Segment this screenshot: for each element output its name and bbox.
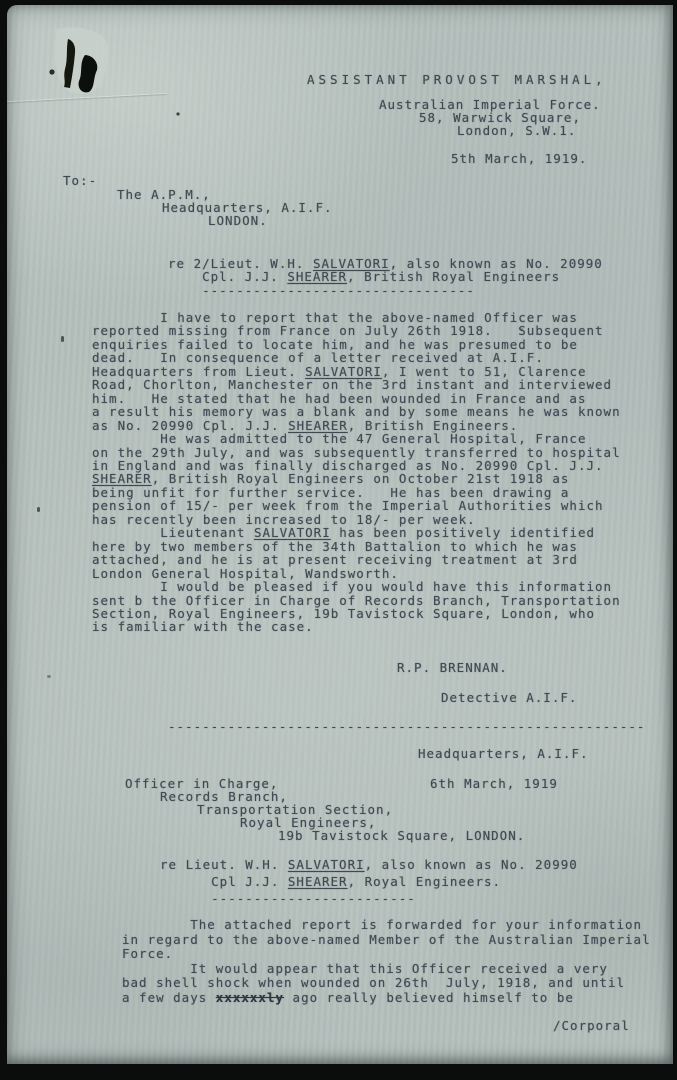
ink-speck — [37, 507, 40, 512]
text-line: Force. — [122, 947, 651, 962]
text-line: Lieutenant SALVATORI has been positively… — [92, 526, 621, 539]
forward-recipient-line: 19b Tavistock Square, LONDON. — [278, 829, 525, 842]
text-line: sent b the Officer in Charge of Records … — [92, 594, 621, 607]
letterhead-office: ASSISTANT PROVOST MARSHAL, — [307, 73, 607, 86]
text-line: bad shell shock when wounded on 26th Jul… — [122, 976, 651, 991]
text-line: in regard to the above-named Member of t… — [122, 933, 651, 948]
text-line: London General Hospital, Wandsworth. — [92, 567, 621, 580]
scan-background: ASSISTANT PROVOST MARSHAL, Australian Im… — [0, 0, 677, 1080]
text-line: I would be pleased if you would have thi… — [92, 580, 621, 593]
underlined-text: SALVATORI — [288, 857, 365, 872]
underlined-text: SHEARER — [288, 874, 348, 889]
text-line: him. He stated that he had been wounded … — [92, 392, 621, 405]
text-segment: ago really believed himself to be — [284, 990, 574, 1005]
text-line: in England and was finally discharged as… — [92, 459, 621, 472]
text-line: It would appear that this Officer receiv… — [122, 962, 651, 977]
signature-name: R.P. BRENNAN. — [397, 661, 508, 674]
text-line: re 2/Lieut. W.H. SALVATORI, also known a… — [168, 257, 603, 270]
paper: ASSISTANT PROVOST MARSHAL, Australian Im… — [7, 5, 673, 1064]
text-line: enquiries failed to locate him, and he w… — [92, 338, 621, 351]
text-line: Cpl. J.J. SHEARER, British Royal Enginee… — [168, 270, 603, 283]
text-line: Headquarters from Lieut. SALVATORI, I we… — [92, 365, 621, 378]
text-line: Cpl J.J. SHEARER, Royal Engineers. — [160, 873, 578, 890]
text-segment: has been positively identified — [331, 525, 595, 540]
section-separator: ----------------------------------------… — [168, 720, 645, 733]
continuation-mark: /Corporal — [553, 1019, 630, 1032]
text-line: being unfit for further service. He has … — [92, 486, 621, 499]
text-line: He was admitted to the 47 General Hospit… — [92, 432, 621, 445]
underlined-text: SALVATORI — [254, 525, 331, 540]
text-line: on the 29th July, and was subsequently t… — [92, 446, 621, 459]
text-segment: Lieutenant — [92, 525, 254, 540]
recipient-address-line: LONDON. — [208, 214, 268, 227]
text-line: here by two members of the 34th Battalio… — [92, 540, 621, 553]
text-line: pension of 15/- per week from the Imperi… — [92, 499, 621, 512]
text-line: SHEARER, British Royal Engineers on Octo… — [92, 472, 621, 485]
text-line: a few days xxxxxxly ago really believed … — [122, 991, 651, 1006]
signature-role: Detective A.I.F. — [441, 691, 577, 704]
paper-tear-hole — [35, 19, 185, 119]
letter-date: 5th March, 1919. — [451, 152, 587, 165]
struck-out-text: xxxxxxly — [216, 990, 284, 1005]
recipient-salutation: To:- — [63, 174, 97, 187]
forward-subject-block: re Lieut. W.H. SALVATORI, also known as … — [160, 856, 578, 908]
ink-speck — [61, 336, 64, 342]
text-segment: , also known as No. 20990 — [365, 857, 578, 872]
text-line: Section, Royal Engineers, 19b Tavistock … — [92, 607, 621, 620]
text-line: dead. In consequence of a letter receive… — [92, 351, 621, 364]
text-line: -------------------------------- — [168, 284, 603, 297]
letterhead-address-line: London, S.W.1. — [457, 124, 576, 137]
hq-heading: Headquarters, A.I.F. — [418, 747, 589, 760]
text-segment: re Lieut. W.H. — [160, 857, 288, 872]
text-line: has recently been increased to 18/- per … — [92, 513, 621, 526]
text-line: I have to report that the above-named Of… — [92, 311, 621, 324]
text-segment: , Royal Engineers. — [348, 874, 501, 889]
ink-speck — [47, 675, 51, 678]
subject-block: re 2/Lieut. W.H. SALVATORI, also known a… — [168, 257, 603, 297]
text-line: is familiar with the case. — [92, 620, 621, 633]
text-line: re Lieut. W.H. SALVATORI, also known as … — [160, 856, 578, 873]
text-line: The attached report is forwarded for you… — [122, 918, 651, 933]
text-line: Road, Chorlton, Manchester on the 3rd in… — [92, 378, 621, 391]
text-line: a result his memory was a blank and by s… — [92, 405, 621, 418]
text-line: ------------------------ — [160, 890, 578, 907]
text-line: reported missing from France on July 26t… — [92, 324, 621, 337]
text-segment: a few days — [122, 990, 216, 1005]
body-block: I have to report that the above-named Of… — [92, 311, 621, 634]
forward-body-block: The attached report is forwarded for you… — [122, 918, 651, 1006]
forward-date: 6th March, 1919 — [430, 777, 558, 790]
text-line: attached, and he is at present receiving… — [92, 553, 621, 566]
text-segment: Cpl J.J. — [160, 874, 288, 889]
text-line: as No. 20990 Cpl. J.J. SHEARER, British … — [92, 419, 621, 432]
